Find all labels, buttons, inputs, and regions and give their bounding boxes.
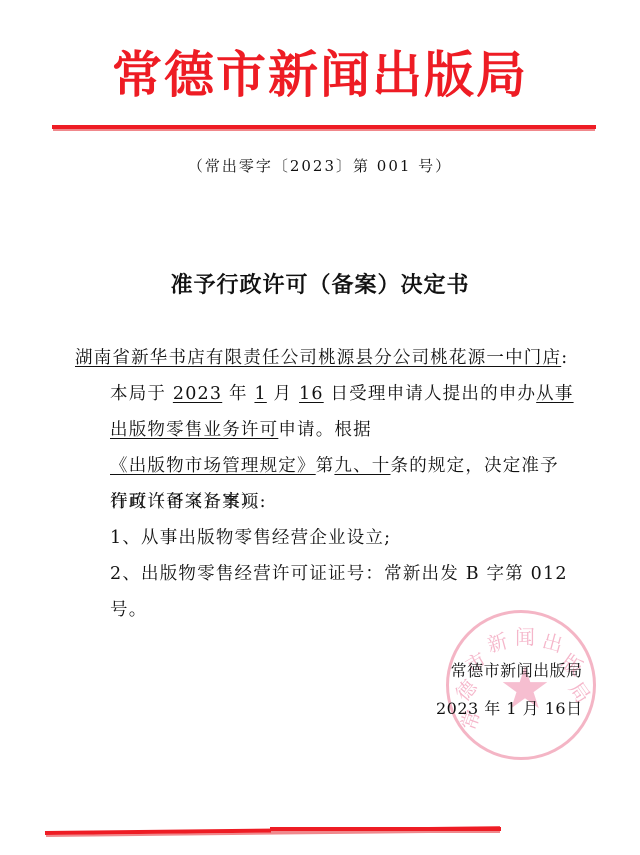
document-number: （常出零字〔2023〕第 001 号） (0, 155, 640, 176)
agency-masthead: 常德市新闻出版局 (0, 50, 640, 100)
recipient-line: 湖南省新华书店有限责任公司桃源县分公司桃花源一中门店: (75, 340, 575, 376)
recipient-colon: : (561, 348, 568, 368)
text-segment: 本局于 (110, 384, 173, 404)
text-segment: 年 (222, 384, 254, 404)
accept-day: 16 (299, 384, 324, 404)
footer-red-rule-segment (270, 827, 501, 831)
article-numbers: 九、十 (334, 456, 390, 476)
items-heading: 许可（备案）事项: (75, 484, 575, 520)
permit-item: 1、从事出版物零售经营企业设立; (75, 520, 575, 556)
recipient-name: 湖南省新华书店有限责任公司桃源县分公司桃花源一中门店 (75, 348, 561, 368)
signing-agency: 常德市新闻出版局 (436, 652, 583, 690)
accept-year: 2023 (173, 384, 222, 404)
seal-char: 闻 (515, 621, 535, 650)
header-red-rule (52, 125, 596, 129)
permit-items: 许可（备案）事项: 1、从事出版物零售经营企业设立; 2、出版物零售经营许可证证… (75, 484, 575, 628)
text-segment: 日受理申请人提出的申办 (324, 384, 536, 404)
regulation-name: 《出版物市场管理规定》 (110, 456, 316, 476)
signing-date: 2023 年 1 月 16日 (436, 690, 583, 728)
document-title: 准予行政许可（备案）决定书 (0, 268, 640, 299)
signature-block: 常德市新闻出版局 2023 年 1 月 16日 (436, 652, 583, 728)
text-segment: 第 (316, 456, 335, 476)
text-segment: 申请。根据 (278, 420, 372, 440)
text-segment: 月 (267, 384, 299, 404)
accept-month: 1 (254, 384, 266, 404)
